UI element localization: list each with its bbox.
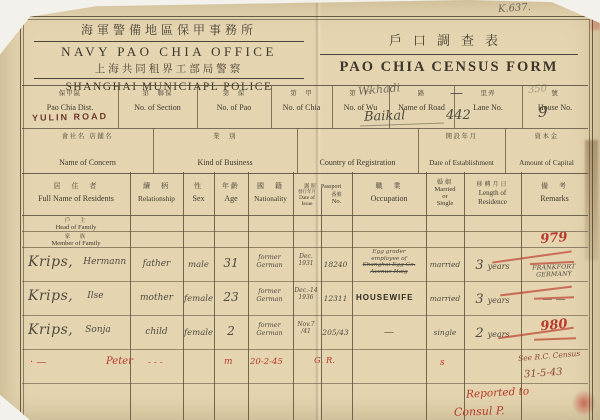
label-cn: 會社名 店鋪名 [62,131,114,140]
nationality-value: former German [246,288,293,303]
length-number: 3 [475,292,483,307]
label-en: No. of Section [134,103,180,112]
label-en: Full Name of Residents [38,194,114,203]
house-value: 9 [538,103,548,121]
length-number: 2 [475,326,483,341]
table-row-name: Krips, Hermann [28,253,126,271]
relationship-value: mother [130,293,183,303]
occupation-dash: — [352,327,426,338]
col-relationship: 續 柄 Relationship [130,172,183,212]
red-smudge-top-left [16,0,52,13]
married-value: single [426,328,464,337]
married-value: married [426,260,464,269]
label-en: Length of [479,189,506,197]
form-title-english: PAO CHIA CENSUS FORM [320,59,578,76]
given-name: Ilse [87,291,103,301]
label-en: No. of Chia [283,103,321,112]
table-row-name: Krips, Sonja [28,321,111,339]
col-sex: 性 Sex [183,172,214,212]
label-cn: 戶 主 [22,216,130,224]
red-ditto-mark: · — [30,357,46,368]
red-dashes: - - - [148,358,163,368]
sex-value: female [183,294,214,304]
remarks-value: — — [521,294,587,305]
label-en: Married [435,186,456,193]
label-cn: 性 [194,181,203,191]
passport-no-value: 18240 [319,260,352,269]
age-value: 23 [214,290,248,304]
passport-issue-value: Dec. 1931 [291,253,321,267]
office-header: 海軍警備地區保甲事務所 NAVY PAO CHIA OFFICE 上海共同租界工… [34,21,304,93]
red-given-name: Peter [106,356,133,367]
label-en: No. [321,198,352,205]
scanned-census-form: { "colors":{"paper":"#e4d5b0","print_ink… [0,0,600,420]
col-amount-capital: 資本金 Amount of Capital [505,131,588,169]
surname: Krips, [28,322,73,338]
remarks-value: Frankfort Germany [521,263,587,279]
issue-line: /41 [291,328,321,335]
relationship-value: father [130,259,183,269]
occupation-line-struck: Avenue Haig [352,269,426,276]
house-scrawl-note: 350 [527,83,547,96]
label-en: or [442,193,447,200]
nationality-line: German [246,296,293,304]
label-cn: 職 業 [376,181,403,191]
col-age: 年齡 Age [214,172,248,212]
census-note-date: 31-5-43 [524,367,563,381]
red-gr-note: G. R. [314,356,335,366]
nationality-line: German [246,262,293,270]
label-cn: 第 甲 [290,88,313,97]
label-cn: 婚姻 [437,177,453,186]
label-en: Member of Family [22,240,130,247]
occupation-value: Egg grader employee of Shanghai Egg Co. … [352,249,426,275]
label-en: Name of Concern [59,158,116,167]
label-en: Sex [193,194,205,203]
occupation-line: Shanghai Egg Co. [352,262,426,269]
label-en: Lane No. [473,103,503,112]
occupation-line: Egg grader [352,249,426,256]
issue-line: Dec. [291,253,321,260]
label-cn: 番號 [321,191,352,198]
red-scribble [534,337,576,340]
label-cn: 移轉月日 [476,179,508,188]
row-head-of-family: 戶 主 Head of Family [22,216,130,231]
label-cn: 路 [418,88,426,97]
label-cn: 備 考 [541,181,568,191]
surname: Krips, [28,254,73,270]
age-value: 31 [214,256,248,270]
label-en: Date of Establishment [429,158,494,167]
label-cn: 里弄 [481,88,496,97]
label-cn: 保甲區 [59,88,82,97]
label-cn: 第 保 [223,88,246,97]
col-passport-issue: 發行年月 Date of Issue [293,189,321,207]
col-pao: 第 保 No. of Pao [197,88,271,126]
address-table: 保甲區 Pao Chia Dist. 第 聯保 No. of Section 第… [22,85,588,174]
reported-note-line1: Reported to [466,385,530,400]
length-word: years [488,296,510,305]
label-en: No. of Pao [217,103,251,112]
census-note: See R.C. Census [518,348,591,363]
label-cn: 業 別 [213,131,237,140]
police-title-chinese: 上海共同租界工部局警察 [34,61,304,79]
length-word: years [488,262,510,271]
occupation-line: employee of [352,256,426,263]
col-section: 第 聯保 No. of Section [118,88,197,126]
label-cn: 家 族 [22,232,130,240]
issue-line: Dec.-14 [291,287,321,294]
married-value: married [426,294,464,303]
form-title-chinese: 戶口調查表 [320,30,578,55]
census-table: 居 住 者 Full Name of Residents 續 柄 Relatio… [22,172,588,420]
label-en: Issue [293,201,321,207]
label-en: Passport [321,184,341,190]
sex-value: male [183,260,214,270]
red-birthdate: 20-2-45 [250,357,283,367]
label-en: Head of Family [22,224,130,231]
reported-note-line2: Consul P. [454,404,505,419]
table-row-name: Krips, Ilse [28,287,104,305]
given-name: Hermann [83,257,126,267]
nationality-line: German [246,330,293,338]
label-en: Name of Road [398,103,445,112]
col-married-single: 婚姻 Married or Single [426,172,464,212]
red-serial-number: 979 [521,228,586,249]
col-occupation: 職 業 Occupation [352,172,426,212]
col-chia: 第 甲 No. of Chia [271,88,332,126]
col-passport-no: 番號 No. [321,191,352,205]
red-single-mark: s [440,358,445,368]
archive-number-note: K.637. [498,2,532,15]
occupation-stamp: HOUSEWIFE [356,293,413,302]
label-en: Remarks [540,194,568,203]
label-en: Residence [478,198,507,206]
label-cn: 居 住 者 [54,181,99,191]
col-length-residence: 移轉月日 Length of Residence [464,172,521,212]
passport-no-value: 205/43 [319,328,352,337]
col-date-establishment: 開設年月 Date of Establishment [418,131,505,169]
label-cn: 年齡 [222,181,240,191]
col-kind-of-business: 業 別 Kind of Business [153,131,297,169]
surname: Krips, [28,288,73,304]
nationality-value: former German [246,254,293,269]
age-value: 2 [214,324,248,338]
col-remarks: 備 考 Remarks [521,172,588,212]
passport-issue-value: Dec.-14 1936 [291,287,321,301]
issue-line: Nov.7 [291,321,321,328]
paper-sheet: K.637. 海軍警備地區保甲事務所 NAVY PAO CHIA OFFICE … [0,0,600,420]
col-nationality: 國 籍 Nationality [248,172,293,212]
form-title: 戶口調查表 PAO CHIA CENSUS FORM [320,30,578,76]
label-en: Amount of Capital [519,158,574,167]
issue-line: 1931 [291,260,321,267]
relationship-value: child [130,327,183,337]
passport-issue-value: Nov.7 /41 [291,321,321,335]
label-cn: 號 [551,88,559,97]
length-value: 2 years [466,324,519,342]
issue-line: 1936 [291,294,321,301]
col-name-of-concern: 會社名 店鋪名 Name of Concern [22,131,153,169]
label-en: Occupation [371,194,408,203]
nationality-value: former German [246,322,293,337]
label-cn: 續 柄 [143,181,170,191]
label-cn: 資本金 [535,131,559,140]
label-cn: 國 籍 [257,181,284,191]
col-full-name: 居 住 者 Full Name of Residents [22,172,130,212]
office-title-english: NAVY PAO CHIA OFFICE [34,44,304,60]
label-en: Single [437,200,454,207]
label-en: Country of Registration [320,158,396,167]
office-title-chinese: 海軍警備地區保甲事務所 [34,21,304,42]
red-sex-value: m [224,357,233,367]
given-name: Sonja [85,325,111,335]
col-country-registration: Country of Registration [297,131,418,169]
label-cn: 開設年月 [446,131,478,140]
length-number: 3 [475,258,483,273]
passport-no-value: 12311 [319,294,352,303]
lane-scrawl-note: — [450,86,463,101]
label-en: Nationality [254,194,287,203]
road-value: Baikal [364,108,406,124]
label-en: Age [224,194,237,203]
label-cn: 第 聯保 [143,88,173,97]
lane-value: 442 [446,108,471,123]
sex-value: female [183,328,214,338]
label-en: Relationship [138,194,175,203]
row-member-of-family: 家 族 Member of Family [22,232,130,247]
label-en: Kind of Business [197,158,252,167]
